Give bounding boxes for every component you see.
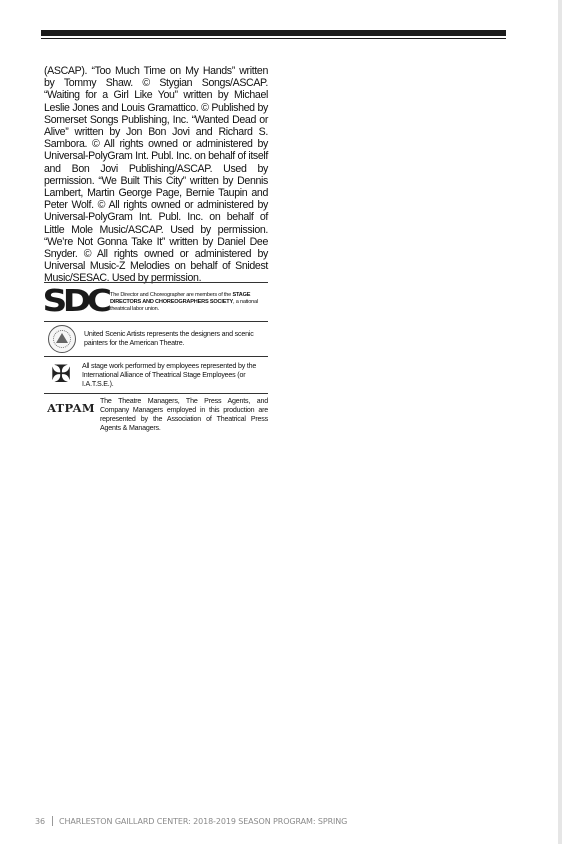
music-credits-text: (ASCAP). “Too Much Time on My Hands” wri…: [44, 65, 268, 285]
united-scenic-artists-seal-icon: [48, 325, 76, 353]
sdc-text-pre: The Director and Choreographer are membe…: [110, 292, 232, 298]
sdc-logo-icon: SDC: [39, 286, 110, 318]
usa-text: United Scenic Artists represents the des…: [84, 330, 268, 348]
iatse-text: All stage work performed by employees re…: [82, 362, 268, 389]
page-footer: 36 CHARLESTON GAILLARD CENTER: 2018-2019…: [35, 816, 347, 826]
atpam-logo-icon: ATPAM: [44, 397, 98, 415]
union-credits: SDC The Director and Choreographer are m…: [44, 282, 268, 436]
page-number: 36: [35, 817, 45, 826]
union-row-usa: United Scenic Artists represents the des…: [44, 321, 268, 356]
iatse-emblem-icon: ✠: [46, 360, 76, 390]
atpam-text: The Theatre Managers, The Press Agents, …: [98, 397, 268, 433]
union-row-iatse: ✠ All stage work performed by employees …: [44, 356, 268, 393]
union-row-sdc: SDC The Director and Choreographer are m…: [44, 282, 268, 321]
header-rule-thick: [41, 30, 506, 36]
union-row-atpam: ATPAM The Theatre Managers, The Press Ag…: [44, 393, 268, 436]
page-edge: [558, 0, 562, 844]
footer-title: CHARLESTON GAILLARD CENTER: 2018-2019 SE…: [59, 817, 347, 826]
sdc-text: The Director and Choreographer are membe…: [106, 292, 268, 313]
header-rule-thin: [41, 38, 506, 39]
footer-divider: [52, 816, 53, 826]
